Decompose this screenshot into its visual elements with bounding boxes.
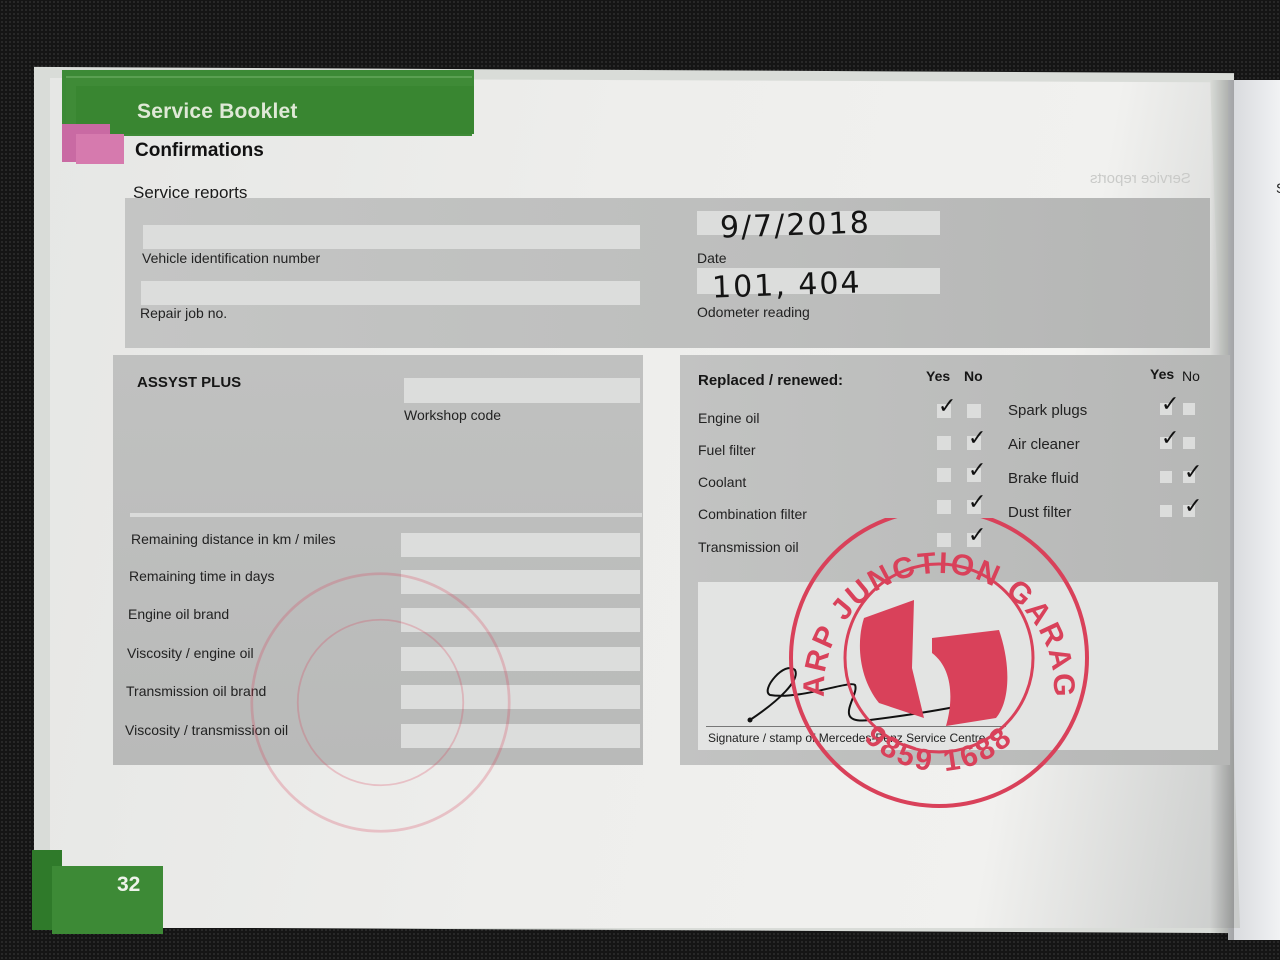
show-through-title: Service reports — [1090, 170, 1191, 187]
divider — [130, 513, 642, 517]
check-mark-icon: ✓ — [938, 394, 956, 419]
checkbox-yes[interactable] — [937, 500, 951, 514]
check-mark-icon: ✓ — [968, 490, 986, 515]
checkbox-no[interactable] — [1183, 403, 1195, 415]
checkbox-yes[interactable] — [1160, 471, 1172, 483]
section-tab-marker — [76, 134, 124, 164]
replaced-item-label: Spark plugs — [1008, 402, 1087, 419]
check-mark-icon: ✓ — [1184, 494, 1202, 519]
vin-field[interactable] — [143, 225, 640, 249]
check-mark-icon: ✓ — [968, 458, 986, 483]
booklet-title: Service Booklet — [137, 100, 298, 124]
no-header-right: No — [1182, 368, 1200, 384]
assyst-title: ASSYST PLUS — [137, 374, 241, 391]
vehicle-info-panel — [125, 198, 1210, 348]
assyst-row-field[interactable] — [401, 533, 640, 557]
replaced-item-label: Coolant — [698, 474, 746, 490]
page-number: 32 — [117, 873, 140, 897]
facing-page-text: S — [1276, 180, 1280, 190]
check-mark-icon: ✓ — [968, 426, 986, 451]
replaced-item-label: Fuel filter — [698, 442, 756, 458]
repair-job-label: Repair job no. — [140, 305, 227, 321]
yes-header-right: Yes — [1150, 366, 1174, 382]
checkbox-yes[interactable] — [937, 436, 951, 450]
odometer-value[interactable]: 101, 404 — [711, 265, 862, 305]
date-value[interactable]: 9/7/2018 — [719, 205, 871, 245]
garage-stamp: HARP JUNCTION GARAGE 9859 1688 — [784, 518, 1094, 808]
replaced-item-label: Engine oil — [698, 410, 760, 426]
replaced-title: Replaced / renewed: — [698, 372, 843, 389]
assyst-row-label: Viscosity / engine oil — [127, 645, 254, 661]
replaced-item-label: Brake fluid — [1008, 470, 1079, 487]
date-label: Date — [697, 250, 727, 266]
checkbox-no[interactable] — [967, 404, 981, 418]
replaced-item-label: Air cleaner — [1008, 436, 1080, 453]
vin-label: Vehicle identification number — [142, 250, 320, 266]
odometer-label: Odometer reading — [697, 304, 810, 320]
checkbox-no[interactable] — [1183, 437, 1195, 449]
show-through-stamp — [238, 560, 523, 845]
check-mark-icon: ✓ — [1161, 392, 1179, 417]
repair-job-field[interactable] — [141, 281, 640, 305]
workshop-code-label: Workshop code — [404, 407, 501, 423]
section-title: Confirmations — [135, 140, 264, 162]
check-mark-icon: ✓ — [1184, 460, 1202, 485]
page-number-tab — [52, 866, 163, 934]
no-header-left: No — [964, 368, 983, 384]
svg-text:9859 1688: 9859 1688 — [858, 719, 1019, 778]
checkbox-yes[interactable] — [937, 468, 951, 482]
stamp-phone: 9859 1688 — [858, 719, 1019, 778]
check-mark-icon: ✓ — [1161, 426, 1179, 451]
checkbox-yes[interactable] — [1160, 505, 1172, 517]
assyst-row-label: Remaining distance in km / miles — [131, 531, 336, 547]
workshop-code-field[interactable] — [404, 378, 640, 403]
yes-header-left: Yes — [926, 368, 950, 384]
assyst-row-label: Engine oil brand — [128, 606, 229, 622]
